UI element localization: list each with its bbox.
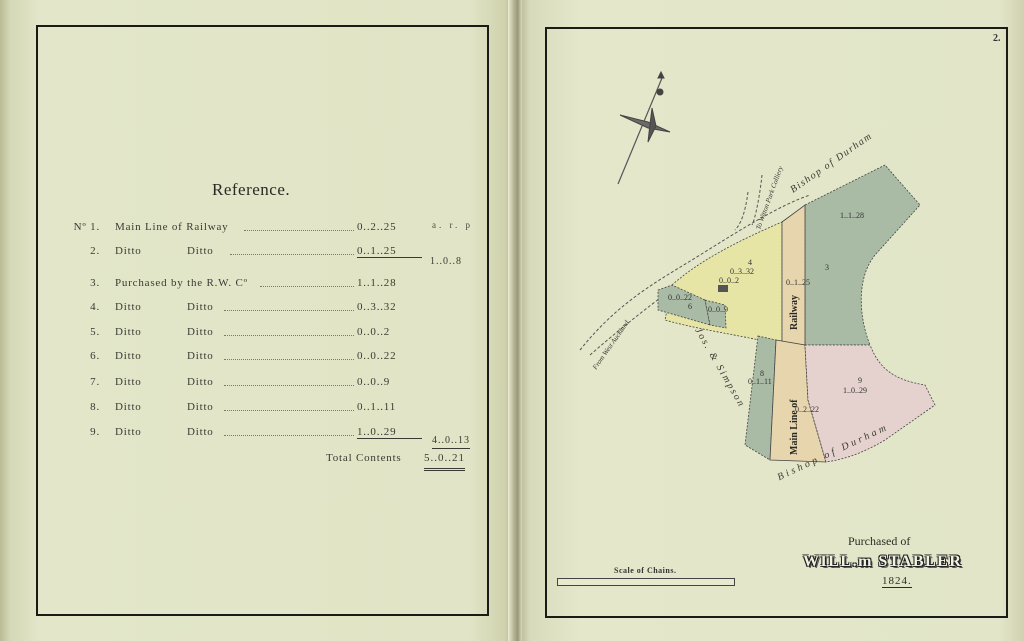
plot-9 bbox=[805, 345, 935, 462]
svg-text:0..3..32: 0..3..32 bbox=[730, 267, 754, 276]
svg-text:6: 6 bbox=[688, 302, 692, 311]
svg-text:0..1..11: 0..1..11 bbox=[748, 377, 772, 386]
year: 1824. bbox=[882, 575, 912, 587]
svg-text:1..1..28: 1..1..28 bbox=[840, 211, 864, 220]
svg-text:1..0..29: 1..0..29 bbox=[843, 386, 867, 395]
compass-rose-icon bbox=[618, 72, 670, 184]
scale-of-chains-bar bbox=[557, 578, 735, 586]
svg-text:0..0..22: 0..0..22 bbox=[668, 293, 692, 302]
svg-text:4: 4 bbox=[748, 258, 752, 267]
owner-name: WILL.m STABLER bbox=[803, 553, 962, 571]
svg-text:From West Auckland: From West Auckland bbox=[591, 319, 632, 372]
svg-text:3: 3 bbox=[825, 263, 829, 272]
svg-text:Railway: Railway bbox=[789, 295, 800, 330]
svg-text:9: 9 bbox=[858, 376, 862, 385]
plot-5-building bbox=[718, 285, 728, 292]
scale-label: Scale of Chains. bbox=[614, 566, 676, 575]
svg-text:Jos. & Simpson: Jos. & Simpson bbox=[692, 326, 747, 410]
svg-text:0..1..25: 0..1..25 bbox=[786, 278, 810, 287]
railway-label: Main Line of bbox=[789, 399, 800, 455]
plot-3 bbox=[805, 165, 920, 345]
svg-text:0..0..9: 0..0..9 bbox=[708, 305, 728, 314]
svg-text:0..0..2: 0..0..2 bbox=[719, 276, 739, 285]
purchased-of-label: Purchased of bbox=[848, 534, 910, 549]
